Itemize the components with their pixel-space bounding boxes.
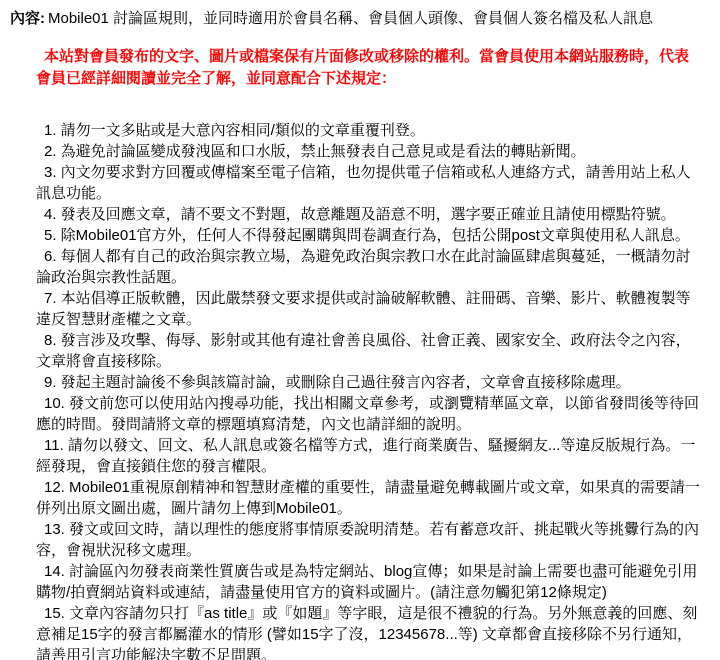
rule-item: 3. 內文勿要求對方回覆或傳檔案至電子信箱，也勿提供電子信箱或私人連絡方式，請善… xyxy=(36,162,700,204)
document-body: 本站對會員發布的文字、圖片或檔案保有片面修改或移除的權利。當會員使用本網站服務時… xyxy=(0,46,720,660)
rule-item: 15. 文章內容請勿只打『as title』或『如題』等字眼，這是很不禮貌的行為… xyxy=(36,603,700,660)
rule-item: 5. 除Mobile01官方外，任何人不得發起團購與問卷調查行為，包括公開pos… xyxy=(36,225,700,246)
rule-item: 1. 請勿一文多貼或是大意內容相同/類似的文章重覆刊登。 xyxy=(36,120,700,141)
rule-item: 9. 發起主題討論後不參與該篇討論，或刪除自己過往發言內容者，文章會直接移除處理… xyxy=(36,372,700,393)
rule-item: 4. 發表及回應文章，請不要文不對題，故意離題及語意不明，選字要正確並且請使用標… xyxy=(36,204,700,225)
forum-rules-document: 內容: Mobile01 討論區規則，並同時適用於會員名稱、會員個人頭像、會員個… xyxy=(0,0,720,660)
document-title: Mobile01 討論區規則，並同時適用於會員名稱、會員個人頭像、會員個人簽名檔… xyxy=(48,8,700,29)
rules-list: 1. 請勿一文多貼或是大意內容相同/類似的文章重覆刊登。 2. 為避免討論區變成… xyxy=(36,120,700,660)
rule-item: 6. 每個人都有自己的政治與宗教立場，為避免政治與宗教口水在此討論區肆虐與蔓延，… xyxy=(36,246,700,288)
content-header-row: 內容: Mobile01 討論區規則，並同時適用於會員名稱、會員個人頭像、會員個… xyxy=(0,0,720,29)
rule-item: 12. Mobile01重視原創精神和智慧財產權的重要性，請盡量避免轉載圖片或文… xyxy=(36,477,700,519)
rule-item: 2. 為避免討論區變成發洩區和口水版，禁止無發表自己意見或是看法的轉貼新聞。 xyxy=(36,141,700,162)
rule-item: 13. 發文或回文時，請以理性的態度將事情原委說明清楚。若有蓄意攻訐、挑起戰火等… xyxy=(36,519,700,561)
rule-item: 11. 請勿以發文、回文、私人訊息或簽名檔等方式，進行商業廣告、騷擾網友...等… xyxy=(36,435,700,477)
rule-item: 14. 討論區內勿發表商業性質廣告或是為特定網站、blog宣傳；如果是討論上需要… xyxy=(36,561,700,603)
rule-item: 8. 發言涉及攻擊、侮辱、影射或其他有違社會善良風俗、社會正義、國家安全、政府法… xyxy=(36,330,700,372)
rights-notice: 本站對會員發布的文字、圖片或檔案保有片面修改或移除的權利。當會員使用本網站服務時… xyxy=(36,46,700,90)
rule-item: 7. 本站倡導正版軟體，因此嚴禁發文要求提供或討論破解軟體、註冊碼、音樂、影片、… xyxy=(36,288,700,330)
rule-item: 10. 發文前您可以使用站內搜尋功能，找出相關文章參考，或瀏覽精華區文章，以節省… xyxy=(36,393,700,435)
content-label: 內容: xyxy=(10,8,48,29)
